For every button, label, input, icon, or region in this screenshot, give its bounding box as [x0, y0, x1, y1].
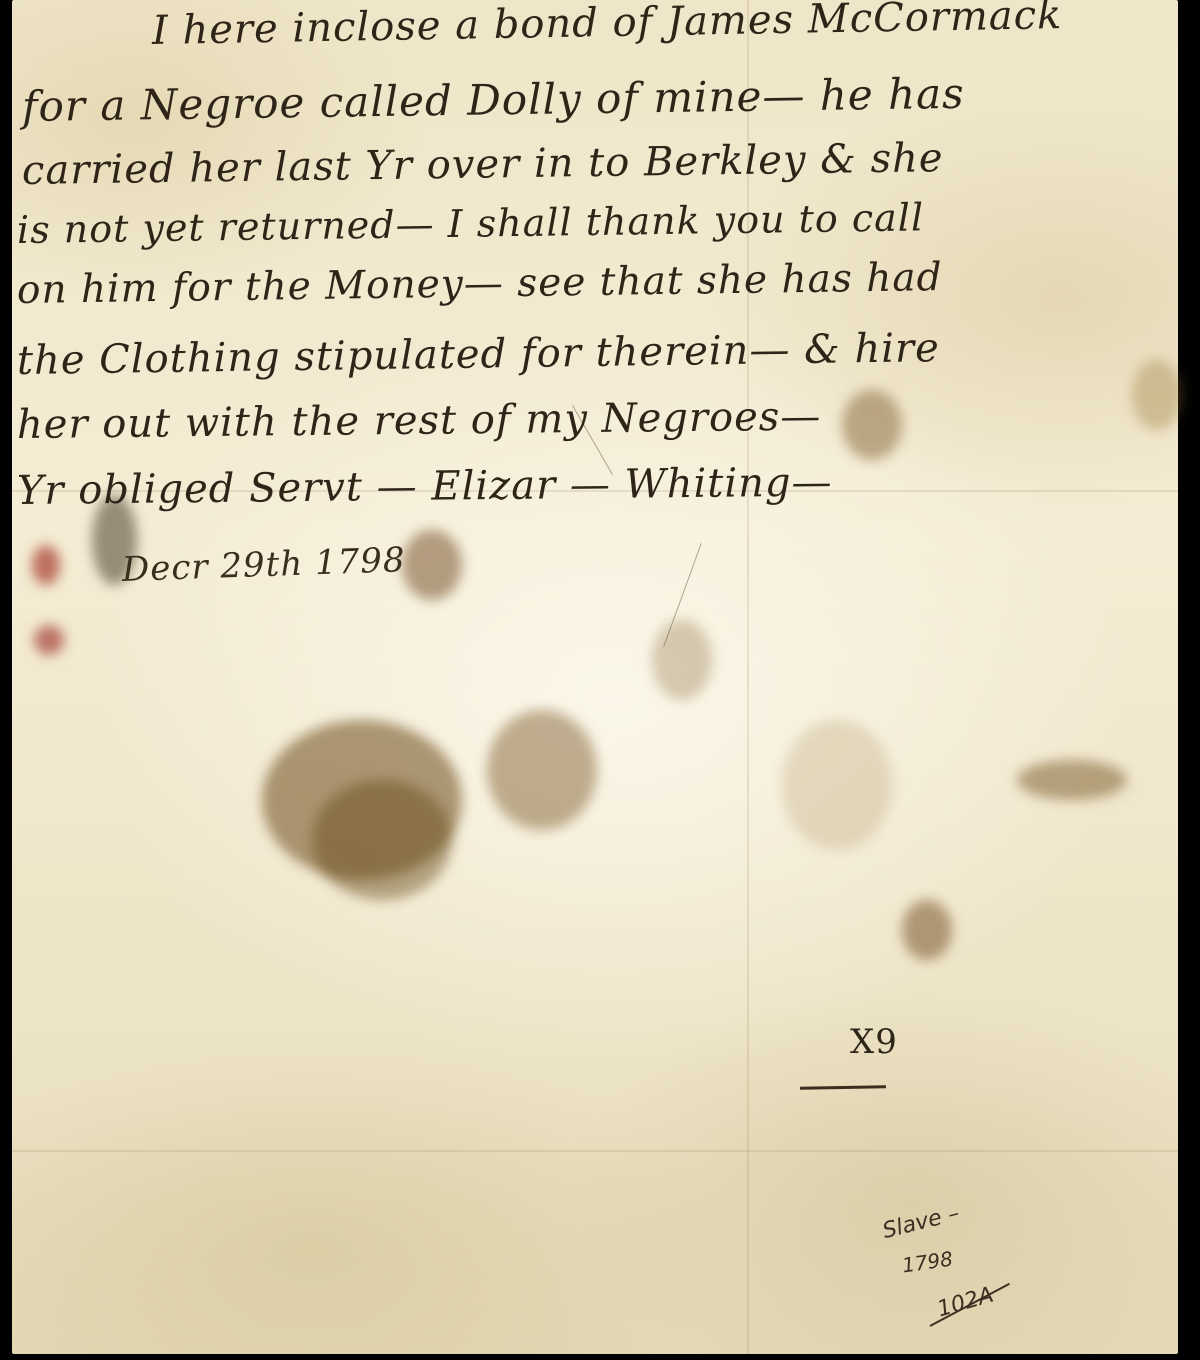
letter-line-4: is not yet returned— I shall thank you t…: [17, 195, 925, 252]
fold-line: [12, 1150, 1178, 1152]
letter-line-5: on him for the Money— see that she has h…: [17, 255, 943, 313]
archive-note-label: Slave –: [880, 1201, 962, 1244]
archive-note-year: 1798: [901, 1247, 955, 1278]
signature-line: Yr obliged Servt — Elizar — Whiting—: [17, 459, 833, 514]
stain: [487, 710, 597, 830]
stain: [1132, 360, 1182, 430]
mark-underline: [800, 1085, 886, 1090]
letter-date: Decr 29th 1798: [121, 540, 406, 590]
letter-paper: I here inclose a bond of James McCormack…: [12, 0, 1178, 1354]
letter-line-2: for a Negroe called Dolly of mine— he ha…: [22, 69, 965, 131]
stain: [782, 720, 892, 850]
red-stain: [32, 545, 60, 585]
stain: [902, 900, 952, 960]
red-stain: [34, 625, 64, 655]
stain: [652, 620, 712, 700]
letter-line-3: carried her last Yr over in to Berkley &…: [22, 135, 944, 194]
stain: [842, 390, 902, 460]
letter-line-1: I here inclose a bond of James McCormack: [152, 0, 1063, 54]
stain: [1017, 760, 1127, 800]
letter-line-6: the Clothing stipulated for therein— & h…: [17, 325, 940, 384]
letter-line-7: her out with the rest of my Negroes—: [17, 394, 822, 448]
mark: X9: [850, 1022, 898, 1062]
stain: [402, 530, 462, 600]
stain: [312, 780, 452, 900]
